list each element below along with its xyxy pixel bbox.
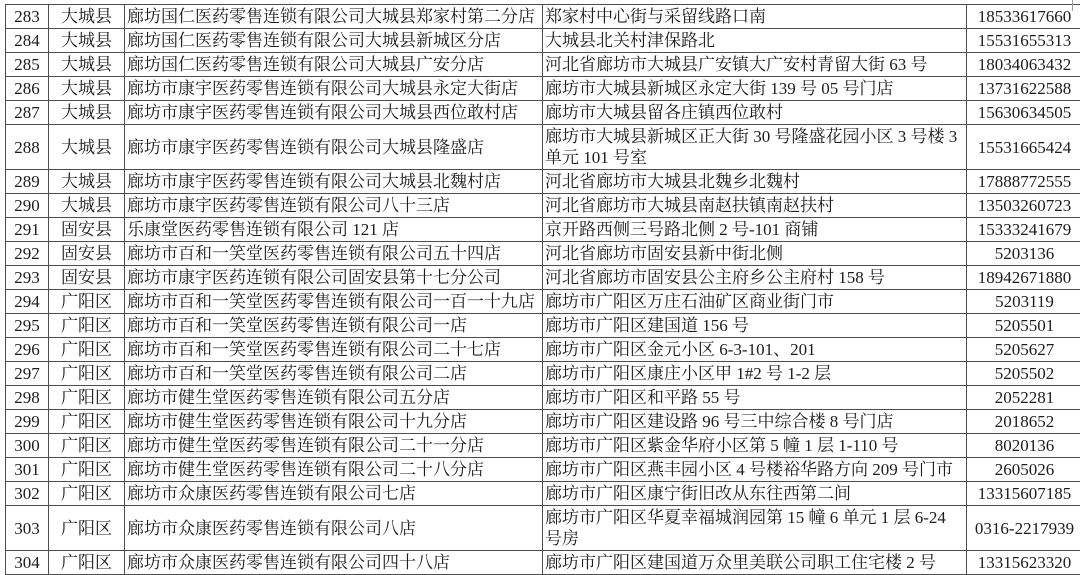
cell-address: 廊坊市广阳区康宁街旧改从东往西第二间 [543, 482, 967, 506]
cell-pharmacy-name: 廊坊国仁医药零售连锁有限公司大城县广安分店 [125, 53, 543, 77]
cell-district: 固安县 [49, 242, 125, 266]
cell-district: 广阳区 [49, 338, 125, 362]
cell-pharmacy-name: 廊坊市众康医药零售连锁有限公司八店 [125, 506, 543, 551]
cell-district: 广阳区 [49, 386, 125, 410]
table-row: 300 广阳区 廊坊市健生堂医药零售连锁有限公司二十一分店 廊坊市广阳区紫金华府… [6, 434, 1080, 458]
cell-address: 河北省廊坊市固安县新中街北侧 [543, 242, 967, 266]
cell-serial-number: 296 [6, 338, 49, 362]
cell-serial-number: 289 [6, 170, 49, 194]
cell-serial-number: 291 [6, 218, 49, 242]
cell-address: 京开路西侧三号路北侧 2 号-101 商铺 [543, 218, 967, 242]
cell-district: 广阳区 [49, 362, 125, 386]
table-row: 295 广阳区 廊坊市百和一笑堂医药零售连锁有限公司一店 廊坊市广阳区建国道 1… [6, 314, 1080, 338]
cell-address: 廊坊市广阳区华夏幸福城润园第 15 幢 6 单元 1 层 6-24 号房 [543, 506, 967, 551]
table-body: 283 大城县 廊坊国仁医药零售连锁有限公司大城县郑家村第二分店 郑家村中心街与… [6, 5, 1080, 575]
table-row: 299 广阳区 廊坊市健生堂医药零售连锁有限公司十九分店 廊坊市广阳区建设路 9… [6, 410, 1080, 434]
cell-address: 廊坊市广阳区建设路 96 号三中综合楼 8 号门店 [543, 410, 967, 434]
cell-serial-number: 284 [6, 29, 49, 53]
cell-serial-number: 295 [6, 314, 49, 338]
cell-serial-number: 285 [6, 53, 49, 77]
cell-district: 广阳区 [49, 410, 125, 434]
cell-phone-number: 13315607185 [967, 482, 1080, 506]
cell-phone-number: 17888772555 [967, 170, 1080, 194]
cell-address: 郑家村中心街与采留线路口南 [543, 5, 967, 29]
cell-pharmacy-name: 廊坊市健生堂医药零售连锁有限公司二十一分店 [125, 434, 543, 458]
cell-address: 廊坊市广阳区燕丰园小区 4 号楼裕华路方向 209 号门市 [543, 458, 967, 482]
cell-pharmacy-name: 廊坊市康宇医药零售连锁有限公司大城县北魏村店 [125, 170, 543, 194]
cell-district: 大城县 [49, 194, 125, 218]
cell-phone-number: 15531655313 [967, 29, 1080, 53]
table-row: 298 广阳区 廊坊市健生堂医药零售连锁有限公司五分店 廊坊市广阳区和平路 55… [6, 386, 1080, 410]
cell-serial-number: 293 [6, 266, 49, 290]
cell-phone-number: 5203119 [967, 290, 1080, 314]
cell-phone-number: 15531665424 [967, 125, 1080, 170]
cell-serial-number: 304 [6, 551, 49, 575]
table-row: 288 大城县 廊坊市康宇医药零售连锁有限公司大城县隆盛店 廊坊市大城县新城区正… [6, 125, 1080, 170]
cell-district: 固安县 [49, 218, 125, 242]
cell-address: 河北省廊坊市大城县北魏乡北魏村 [543, 170, 967, 194]
cell-address: 廊坊市广阳区建国道万众里美联公司职工住宅楼 2 号 [543, 551, 967, 575]
cell-serial-number: 300 [6, 434, 49, 458]
table-row: 285 大城县 廊坊国仁医药零售连锁有限公司大城县广安分店 河北省廊坊市大城县广… [6, 53, 1080, 77]
cell-serial-number: 292 [6, 242, 49, 266]
cell-phone-number: 5205502 [967, 362, 1080, 386]
cell-district: 广阳区 [49, 434, 125, 458]
cell-district: 大城县 [49, 29, 125, 53]
cell-pharmacy-name: 廊坊市众康医药零售连锁有限公司七店 [125, 482, 543, 506]
cell-phone-number: 8020136 [967, 434, 1080, 458]
cell-district: 大城县 [49, 125, 125, 170]
cell-address: 大城县北关村津保路北 [543, 29, 967, 53]
cell-pharmacy-name: 廊坊市康宇医药零售连锁有限公司大城县西位敢村店 [125, 101, 543, 125]
cell-address: 廊坊市广阳区紫金华府小区第 5 幢 1 层 1-110 号 [543, 434, 967, 458]
cell-pharmacy-name: 廊坊市百和一笑堂医药零售连锁有限公司二店 [125, 362, 543, 386]
cell-district: 大城县 [49, 5, 125, 29]
cell-district: 大城县 [49, 170, 125, 194]
cell-district: 广阳区 [49, 314, 125, 338]
cell-district: 广阳区 [49, 482, 125, 506]
table-row: 291 固安县 乐康堂医药零售连锁有限公司 121 店 京开路西侧三号路北侧 2… [6, 218, 1080, 242]
cell-serial-number: 299 [6, 410, 49, 434]
cell-serial-number: 303 [6, 506, 49, 551]
cell-pharmacy-name: 廊坊市康宇医药零售连锁有限公司大城县永定大街店 [125, 77, 543, 101]
cell-phone-number: 18034063432 [967, 53, 1080, 77]
cell-address: 廊坊市广阳区建国道 156 号 [543, 314, 967, 338]
cell-serial-number: 294 [6, 290, 49, 314]
cell-pharmacy-name: 廊坊市众康医药零售连锁有限公司四十八店 [125, 551, 543, 575]
table-row: 294 广阳区 廊坊市百和一笑堂医药零售连锁有限公司一百一十九店 廊坊市广阳区万… [6, 290, 1080, 314]
table-row: 293 固安县 廊坊市康宇医药连锁有限公司固安县第十七分公司 河北省廊坊市固安县… [6, 266, 1080, 290]
table-row: 289 大城县 廊坊市康宇医药零售连锁有限公司大城县北魏村店 河北省廊坊市大城县… [6, 170, 1080, 194]
pharmacy-list-table: 283 大城县 廊坊国仁医药零售连锁有限公司大城县郑家村第二分店 郑家村中心街与… [5, 4, 1080, 575]
page-edge-tick [1072, 0, 1073, 11]
cell-district: 大城县 [49, 77, 125, 101]
table-row: 303 广阳区 廊坊市众康医药零售连锁有限公司八店 廊坊市广阳区华夏幸福城润园第… [6, 506, 1080, 551]
cell-district: 固安县 [49, 266, 125, 290]
cell-phone-number: 5205501 [967, 314, 1080, 338]
cell-serial-number: 290 [6, 194, 49, 218]
cell-pharmacy-name: 廊坊市百和一笑堂医药零售连锁有限公司二十七店 [125, 338, 543, 362]
table-row: 301 广阳区 廊坊市健生堂医药零售连锁有限公司二十八分店 廊坊市广阳区燕丰园小… [6, 458, 1080, 482]
cell-address: 河北省廊坊市大城县广安镇大广安村青留大街 63 号 [543, 53, 967, 77]
cell-pharmacy-name: 乐康堂医药零售连锁有限公司 121 店 [125, 218, 543, 242]
cell-serial-number: 288 [6, 125, 49, 170]
table-row: 302 广阳区 廊坊市众康医药零售连锁有限公司七店 廊坊市广阳区康宁街旧改从东往… [6, 482, 1080, 506]
cell-pharmacy-name: 廊坊市百和一笑堂医药零售连锁有限公司一店 [125, 314, 543, 338]
cell-address: 廊坊市大城县新城区正大街 30 号隆盛花园小区 3 号楼 3 单元 101 号室 [543, 125, 967, 170]
cell-serial-number: 297 [6, 362, 49, 386]
cell-pharmacy-name: 廊坊市健生堂医药零售连锁有限公司二十八分店 [125, 458, 543, 482]
cell-address: 河北省廊坊市大城县南赵扶镇南赵扶村 [543, 194, 967, 218]
cell-district: 广阳区 [49, 506, 125, 551]
cell-pharmacy-name: 廊坊市百和一笑堂医药零售连锁有限公司一百一十九店 [125, 290, 543, 314]
cell-address: 廊坊市广阳区和平路 55 号 [543, 386, 967, 410]
cell-phone-number: 0316-2217939 [967, 506, 1080, 551]
cell-serial-number: 301 [6, 458, 49, 482]
cell-pharmacy-name: 廊坊市康宇医药连锁有限公司固安县第十七分公司 [125, 266, 543, 290]
cell-phone-number: 2605026 [967, 458, 1080, 482]
cell-phone-number: 13503260723 [967, 194, 1080, 218]
cell-phone-number: 2018652 [967, 410, 1080, 434]
cell-pharmacy-name: 廊坊市百和一笑堂医药零售连锁有限公司五十四店 [125, 242, 543, 266]
cell-pharmacy-name: 廊坊市健生堂医药零售连锁有限公司五分店 [125, 386, 543, 410]
cell-pharmacy-name: 廊坊市康宇医药零售连锁有限公司八十三店 [125, 194, 543, 218]
table-row: 287 大城县 廊坊市康宇医药零售连锁有限公司大城县西位敢村店 廊坊市大城县留各… [6, 101, 1080, 125]
cell-address: 廊坊市大城县新城区永定大街 139 号 05 号门店 [543, 77, 967, 101]
cell-phone-number: 18942671880 [967, 266, 1080, 290]
cell-district: 大城县 [49, 101, 125, 125]
cell-phone-number: 5205627 [967, 338, 1080, 362]
cell-address: 廊坊市广阳区康庄小区甲 1#2 号 1-2 层 [543, 362, 967, 386]
table-row: 304 广阳区 廊坊市众康医药零售连锁有限公司四十八店 廊坊市广阳区建国道万众里… [6, 551, 1080, 575]
cell-district: 广阳区 [49, 458, 125, 482]
table-row: 296 广阳区 廊坊市百和一笑堂医药零售连锁有限公司二十七店 廊坊市广阳区金元小… [6, 338, 1080, 362]
table-row: 290 大城县 廊坊市康宇医药零售连锁有限公司八十三店 河北省廊坊市大城县南赵扶… [6, 194, 1080, 218]
cell-serial-number: 286 [6, 77, 49, 101]
cell-district: 广阳区 [49, 290, 125, 314]
table-row: 297 广阳区 廊坊市百和一笑堂医药零售连锁有限公司二店 廊坊市广阳区康庄小区甲… [6, 362, 1080, 386]
cell-phone-number: 18533617660 [967, 5, 1080, 29]
cell-phone-number: 2052281 [967, 386, 1080, 410]
cell-pharmacy-name: 廊坊国仁医药零售连锁有限公司大城县新城区分店 [125, 29, 543, 53]
cell-phone-number: 15630634505 [967, 101, 1080, 125]
cell-address: 廊坊市广阳区金元小区 6-3-101、201 [543, 338, 967, 362]
table-row: 283 大城县 廊坊国仁医药零售连锁有限公司大城县郑家村第二分店 郑家村中心街与… [6, 5, 1080, 29]
cell-address: 廊坊市大城县留各庄镇西位敢村 [543, 101, 967, 125]
cell-serial-number: 298 [6, 386, 49, 410]
cell-address: 廊坊市广阳区万庄石油矿区商业街门市 [543, 290, 967, 314]
cell-phone-number: 5203136 [967, 242, 1080, 266]
cell-phone-number: 13731622588 [967, 77, 1080, 101]
cell-district: 广阳区 [49, 551, 125, 575]
cell-district: 大城县 [49, 53, 125, 77]
cell-serial-number: 287 [6, 101, 49, 125]
table-row: 284 大城县 廊坊国仁医药零售连锁有限公司大城县新城区分店 大城县北关村津保路… [6, 29, 1080, 53]
cell-pharmacy-name: 廊坊市健生堂医药零售连锁有限公司十九分店 [125, 410, 543, 434]
table-row: 292 固安县 廊坊市百和一笑堂医药零售连锁有限公司五十四店 河北省廊坊市固安县… [6, 242, 1080, 266]
cell-serial-number: 283 [6, 5, 49, 29]
cell-pharmacy-name: 廊坊国仁医药零售连锁有限公司大城县郑家村第二分店 [125, 5, 543, 29]
cell-phone-number: 13315623320 [967, 551, 1080, 575]
cell-pharmacy-name: 廊坊市康宇医药零售连锁有限公司大城县隆盛店 [125, 125, 543, 170]
cell-phone-number: 15333241679 [967, 218, 1080, 242]
cell-serial-number: 302 [6, 482, 49, 506]
cell-address: 河北省廊坊市固安县公主府乡公主府村 158 号 [543, 266, 967, 290]
table-row: 286 大城县 廊坊市康宇医药零售连锁有限公司大城县永定大街店 廊坊市大城县新城… [6, 77, 1080, 101]
